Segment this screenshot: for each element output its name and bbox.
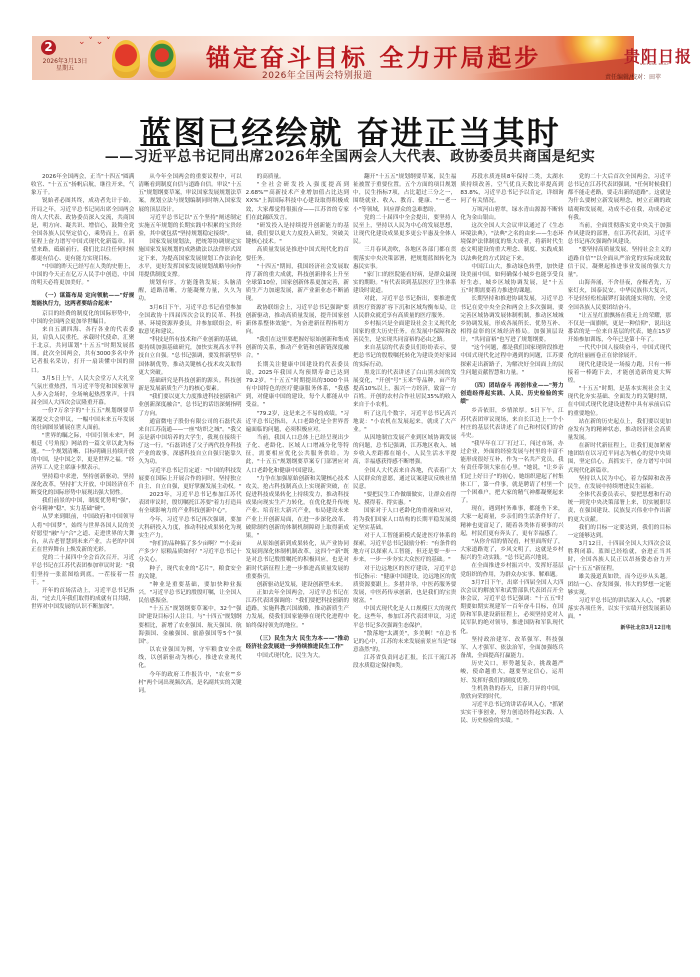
paragraph: 习近平总书记的讲话深入人心，"抓紧落实各项任务，以实干实绩开创发展新局面。"	[568, 597, 671, 621]
paragraph: 习近平总书记肯定道："中国的科技发展要在国际上开展合作的同时，坚持独立自主、自立…	[138, 467, 241, 491]
paragraph: "这个问题，都是我们国家现阶段推进中国式现代化过程中遇到的问题，江苏要探索走出新…	[460, 344, 563, 377]
paragraph: 乡村振兴是全面建设社会主义现代化国家的重大历史任务。在发展中保障和改善民生，是实…	[353, 320, 456, 344]
paragraph: 乡音依旧，乡情浓厚。5日下午，江苏代表团审议现场，来自长江边上一个小村庄的基层代…	[460, 407, 563, 440]
paragraph: "从你介绍的情况看，村里面所好了，大家道路宽了，乡风文明了，这就是乡村振兴的生动…	[460, 538, 563, 562]
paragraph: 对于边远地区的医疗建设，习近平总书记指示："健康中国建设，边远地区的优质资源要跟…	[353, 565, 456, 606]
column-3: 的高质量。"全社会研发投入强度提高到2.68%""高新技术产业增加值占比达到XX…	[246, 173, 349, 963]
paragraph: 从原始创新到成果转化，从产业协同发展到深化体制机制改革，这四个"新"既是对总书记…	[246, 540, 349, 581]
paragraph: 党的二十届四中全会首次召开，习近平总书记在江苏代表团参加审议时说："我们坚持一张…	[31, 554, 134, 587]
paragraph: 国家发展规划法，把统筹协调规定实施国家发展规划的成熟做法以法律形式固定下来，为提…	[138, 238, 241, 279]
paragraph: 开年的首场活动上，习近平总书记指出，"过去几年我们取得的成就有目共睹，世界对中国…	[31, 587, 134, 611]
paragraph: "要把民生工作做细做实，让群众看得见、摸得着、得实惠。"	[353, 491, 456, 507]
paragraph: 3月12日，十四届全国人大四次会议胜利闭幕。蓝图已经绘就，奋进正当其时，全国各族…	[568, 540, 671, 573]
doves-icon: ⌄ ˅ ⌄ ˅	[78, 38, 111, 47]
paragraph: 听了这几个数字，习近平总书记高兴地说："小农机在发展起来，就成了大产业。"	[353, 410, 456, 434]
cppcc-emblem-icon	[148, 40, 176, 78]
paragraph: 中国式现代化，民生为大。	[246, 652, 349, 660]
banner-title: 锚定奋斗目标 全力开局起步	[206, 38, 541, 73]
paragraph: 种子，现代农业的"芯片"，粮食安全的关键。	[138, 565, 241, 581]
paragraph: 生机勃勃的春天，日新月异的中国，欣欣向荣的时代。	[460, 685, 563, 701]
paragraph: 站在新的历史起点上，我们要以更加奋发有为的精神状态，推动经济社会高质量发展。	[568, 418, 671, 442]
section-heading: （三）民生为大 民生为本——"推动经济社会发展进一步持续推进民生工作"	[246, 635, 349, 651]
paragraph: 全国人大代表来自各地，代表着广大人民群众的意愿，通过议案建议反映社情民意。	[353, 467, 456, 491]
paragraph: 山海奔涌，不舍昼夜，奋楫者先，万家灯火，国泰民安。中华民族伟大复兴，不是轻轻松松…	[568, 279, 671, 312]
newspaper-logo-english: GUIYANG DAILY	[640, 62, 669, 66]
paragraph: "中国的昨天已经写在人类的史册上，中国的今天正在亿万人民手中创造，中国的明天必将…	[31, 263, 134, 287]
paragraph: 中国江山大，推动绿色转型，加快建设美丽中国，如何确保小城乡也能享受良好生态，城乡…	[460, 263, 563, 296]
paragraph: 对于人工智能新模式促进医疗体系的探索，习近平总书记鼓励分析："有条件的地方可以探…	[353, 532, 456, 565]
paragraph: "你们的品种搞了多少亩啊？""小麦亩产多少？原粮品质如何？"习近平总书记十分关心…	[138, 540, 241, 564]
paragraph: 这次全国人大会议审议通过了《生态环境法典》，"法典"之名的由来——生态环境保护法…	[460, 222, 563, 263]
section-heading: （四）团结奋斗 再创伟业——"努力创造经得起实践、人民、历史检验的实绩"	[460, 382, 563, 406]
paragraph: 我们前景的中国，制度优势明"强"，奋斗精神"稳"，实力基础"硬"。	[31, 497, 134, 513]
weekday-text: 星期五	[38, 65, 92, 72]
paragraph: 江苏省负责同志汇报，长江干流江苏段水质稳定保持Ⅱ类。	[353, 654, 456, 670]
paragraph: 规划有序，方能蓬勃发展；头脑清醒，道路清晰，方能凝聚力量，久久为功。	[138, 279, 241, 303]
paragraph: 的高质量。	[246, 173, 349, 181]
paragraph: "种业是重要基础，要加快种业振兴。"习近平总书记的殷殷叮嘱，让全国人民倍感振奋。	[138, 581, 241, 605]
paragraph: "让五星红旗飘扬在我无上的荣耀，那不仅是一面旗帜，更是一种信仰"，说出这番话的是…	[568, 312, 671, 345]
paragraph: 我们的目标一定要达到，我们的目标一定能够达到。	[568, 524, 671, 540]
paragraph: 坚持以人民为中心，着力保障和改善民生，在发展中持续增进民生福祉。	[568, 475, 671, 491]
paragraph: 长期关注健康中国建设的代表委员说，2025年我国人均预期寿命已达到79.2岁。"…	[246, 361, 349, 410]
paragraph: 党的二十届四中全会提出，要坚持人民至上，坚持以人民为中心的发展思想，让现代化建设…	[353, 214, 456, 247]
paragraph: 从今年全国两会的重要议程中，可以清晰看到制度自信与道路自信。审议"十五五"规划纲…	[138, 173, 241, 214]
paragraph: 黑龙江的代表讲述了白山黑水间的发展变化，"开创"号"玉米"等品种，亩产均提高10…	[353, 369, 456, 410]
paragraph: 坚持稳中求进，坚持创新驱动，坚持深化改革，坚持扩大开放，中国经济在不断变化的国际…	[31, 473, 134, 497]
paragraph: 在全面推进乡村振兴中，发挥好基层党组织的作用，为群众办实事、解难题。	[460, 562, 563, 578]
paragraph: "我们要以更大力度推进科技创新和产业创新深度融合"，总书记的话语深刻指明了方向。	[138, 393, 241, 417]
paragraph: 今年，习近平总书记再次强调，要加大科研投入力度，推动科技成果转化为现实生产力。	[138, 516, 241, 540]
paragraph: "我早年在工厂打过工，闯过市场，办过企业，外面的经验发展与村里的丰富不能形成很好…	[460, 440, 563, 505]
paragraph: 苏段水质连续8年保持二类，太湖水质持续改善，空气优良天数比率提高到83.8%，习…	[460, 173, 563, 206]
paragraph: "世界的瞩之际，中国引领未来"，阿根廷《号角报》网站的一篇文章以此为标题。"一个…	[31, 432, 134, 473]
paragraph: 习近平总书记以"五个坚持"阐述制定实施五年规划的长期实践中积累的宝贵经验，其中就…	[138, 214, 241, 238]
column-2: 从今年全国两会的重要议程中，可以清晰看到制度自信与道路自信。审议"十五五"规划纲…	[138, 173, 241, 963]
column-1: 2026年全国两会，正当"十四五"圆满收官、"十五五"扬帆启航，继往开来，气象万…	[31, 173, 134, 963]
paragraph: "家门口的医院能看好病，是群众最现实的期盼。"有代表谈到基层医疗卫生体系建设时说…	[353, 271, 456, 295]
paragraph: 正如去年全国两会，习近平总书记在江苏代表团强调的："我们要把科技创新的道路，实施…	[246, 589, 349, 630]
dateline-signoff: 新华社北京3月12日电	[568, 624, 671, 632]
paragraph: 基础研究是科技创新的源头。科技创新是发展新质生产力的核心要素。	[138, 377, 241, 393]
paragraph: 长期坚持和推进协调发展，习近平总书记在党中央全会和两会上多次强调，要完善区域协调…	[460, 295, 563, 344]
paragraph: 2023年，习近平总书记参加江苏代表团审议时，殷切嘱托江苏要"着力打造具有全球影…	[138, 491, 241, 515]
paragraph: 雄关漫道真如铁，而今迈步从头越。团结一心、奋发图强，伟大的梦想一定能够实现。	[568, 573, 671, 597]
paragraph: "十五五"规划纲要草案中，32个"强国"建设目标引人注目。与"十四五"规划纲要相…	[138, 605, 241, 646]
paragraph: 京目的经费的制度化的国际形势中，中国的全国两会更加举世瞩目。	[31, 310, 134, 326]
article-subheadline: ——习近平总书记同出席2026年全国两会人大代表、政协委员共商国是纪实	[0, 146, 700, 166]
page-number-badge: 2	[41, 40, 56, 55]
column-4: 翻开"十五五"规划纲要草案，民生福祉被置于重要位置。五个方面的项目规划中，民生指…	[353, 173, 456, 963]
paragraph: 对此，习近平总书记指出，要推进优质医疗资源扩容下沉和区域均衡布局，让人民群众就近…	[353, 295, 456, 319]
paragraph: 万顷河山碧翠，绿水青山源源不断转化为金山银山。	[460, 206, 563, 222]
paragraph: 三月春风劲吹，各地区各部门都在贯彻落实中央决策部署，把规划蓝图转化为惠民实事。	[353, 246, 456, 270]
paragraph: "十四五"期间，我国经济社会发展取得了新的重大成就，科技创新排名上升至全球第10…	[246, 263, 349, 304]
column-6: 党的二十大后首次全国两会，习近平总书记在江苏代表团强调，"任何时候我们都不能走老…	[568, 173, 671, 963]
paragraph: 来自基层的代表委员们纷纷表示，要把总书记的殷殷嘱托转化为建设美好家园的实际行动。	[353, 344, 456, 368]
paragraph: 2026年全国两会，正当"十四五"圆满收官、"十五五"扬帆启航，继往开来，气象万…	[31, 173, 134, 197]
editor-credit: 责任编辑/校对：田苹	[605, 72, 661, 81]
paragraph: 当前，全面贯彻落实党中央关于加强作风建设的部署，在江苏代表团，习近平总书记再次强…	[568, 222, 671, 246]
paragraph: 政协联组会上，习近平总书记强调"要创新驱动，推动高质量发展，提升国家创新体系整体…	[246, 304, 349, 337]
paragraph: 3月6日下午，习近平总书记看望参加全国政协十四届四次会议的民革、科技界、环境资源…	[138, 304, 241, 337]
column-5: 苏段水质连续8年保持二类，太湖水质持续改善，空气优良天数比率提高到83.8%，习…	[460, 173, 563, 963]
paragraph: 通富微电子股份有限公司的石磊代表来自江苏南通——一座"纺织之城"。"我父亲是新中…	[138, 418, 241, 467]
paragraph: 国家对于人口老龄化的重视和应对，将为我们国家人口结构的长期平稳发展奠定坚实基础。	[353, 507, 456, 531]
paragraph: "我们在这里要把握好原始创新和集成创新的关系，推动产业链和创新链深度融合。"	[246, 336, 349, 360]
paragraph: 一代代中国人接续奋斗，中国式现代化的壮丽画卷正在徐徐展开。	[568, 344, 671, 360]
paragraph: 习近平总书记的讲话春风入心，"抓紧实实干事创业，努力创造经得起实践、人民、历史检…	[460, 701, 563, 725]
paragraph: 现代化建设是一场接力跑，只有一棒接着一棒跑下去，才能创造新的更大辉煌。	[568, 361, 671, 385]
paragraph: "要坚持高质量发展，坚持社会主义的道路自信""以全面从严治党的实际成效取信于民，…	[568, 246, 671, 279]
banner-subtitle: 2026年全国两会特别报道	[262, 68, 372, 81]
paragraph: 党的二十大后首次全国两会，习近平总书记在江苏代表团强调，"任何时候我们都不能走老…	[568, 173, 671, 222]
paragraph: 来自五湖四海、各行各业的代表委员，肩负人民重托，承载时代使命，汇聚于北京，共同谋…	[31, 326, 134, 375]
paragraph: "全社会研发投入强度提高到2.68%""高新技术产业增加值占比达到XX%"上海国…	[246, 181, 349, 222]
paragraph: 以农业强国为例，守牢粮食安全底线，以创新驱动为核心，推进农业现代化。	[138, 646, 241, 670]
paragraph: 3月5日上午，人民大会堂万人大礼堂气氛庄重热烈，当习近平等党和国家领导人步入会场…	[31, 375, 134, 408]
paragraph: 全体代表委员表示，要把思想和行动统一到党中央决策部署上来，切实履职尽责，在强国建…	[568, 491, 671, 524]
date-text: 2026年3月13日	[38, 58, 92, 65]
paragraph: 翻开"十五五"规划纲要草案，民生福祉被置于重要位置。五个方面的项目规划中，民生指…	[353, 173, 456, 214]
paragraph: 在新时代新征程上，让我们更加紧密地团结在以习近平同志为核心的党中央周围，坚定信心…	[568, 442, 671, 475]
paragraph: 坚持政治建军、改革强军、科技强军、人才强军、依法治军，全面加强练兵备战，全面提高…	[460, 636, 563, 660]
paragraph: 当前，我国人口总体上已经呈现出少子化、老龄化、区域人口增减分化等特征，需要相应优…	[246, 434, 349, 475]
paragraph: 创新驱动是发展，建设创新型未来。	[246, 581, 349, 589]
paragraph: 中国式现代化是人口规模巨大的现代化。这些年，参加江苏代表团审议，习近平总书记多次…	[353, 605, 456, 629]
paragraph: 从罗来到眼前，中国政府和中国领导人将"中国梦"，始终与世界各国人民的美好愿望"融…	[31, 513, 134, 554]
paragraph: 3月7日下午，出席十四届全国人大四次会议的解放军和武警部队代表团召开全体会议，习…	[460, 579, 563, 636]
paragraph: "力争在加强原始创新和关键核心技术攻关，抢占科技制高点上实现新突破，在促进科技成…	[246, 475, 349, 540]
paragraph: "79.2岁，这是来之不易的成绩。"习近平总书记指出，人口老龄化是全世界普遍面临…	[246, 410, 349, 434]
paragraph: 高质量发展是推进中国式现代化的首要任务。	[246, 246, 349, 262]
issue-date: 2026年3月13日 星期五	[38, 58, 92, 72]
paragraph: 锐始者必图其终，成功者先计于始。开局之年，习近平总书记同出席全国两会的人大代表、…	[31, 197, 134, 262]
paragraph: 历史关口，形势越复杂，挑战越严峻，使命越重大，越要坚定信心，运用好、发挥好我们的…	[460, 660, 563, 684]
article-body: 2026年全国两会，正当"十四五"圆满收官、"十五五"扬帆启航，继往开来，气象万…	[31, 173, 671, 963]
paragraph: "研发投入是持续提升创新能力的基础，我们要以更大力度投入研发，突破关键核心技术。…	[246, 222, 349, 246]
national-emblem-icon	[112, 40, 140, 78]
section-heading: （一）谋篇布局 定向领航——"好规划能执行力，这两者要结合起来"	[31, 292, 134, 308]
paragraph: "十五五"时期，是基本实现社会主义现代化夯实基础、全面发力的关键时期，在中国式现…	[568, 385, 671, 418]
paragraph: 一份7万余字的"十五五"规划纲要草案提交大会审议，一幅中国未来五年发展的壮阔图景…	[31, 407, 134, 431]
paragraph: "科技是所有技术和产业创新的基础，要持续加强基础研究，加快实现高水平科技自立自强…	[138, 336, 241, 377]
paragraph: 现在，遇到村务难事，都能坐下来，大家一起商量，乡亲们的生活条件好了，精神也更富足…	[460, 505, 563, 538]
paragraph: 从因地制宜发展产业到区域协调发展的问题，总书记强调，江苏地区收入、城乡收入差距都…	[353, 434, 456, 467]
paragraph: 今年的政府工作报告中，"农业""乡村"两个词出现频次高，是名副其实的关键词。	[138, 671, 241, 695]
paragraph: "散落地"太湖美"，多美啊！"在总书记的心中，江苏的未来发展前景应当是"绿意盎然…	[353, 630, 456, 654]
